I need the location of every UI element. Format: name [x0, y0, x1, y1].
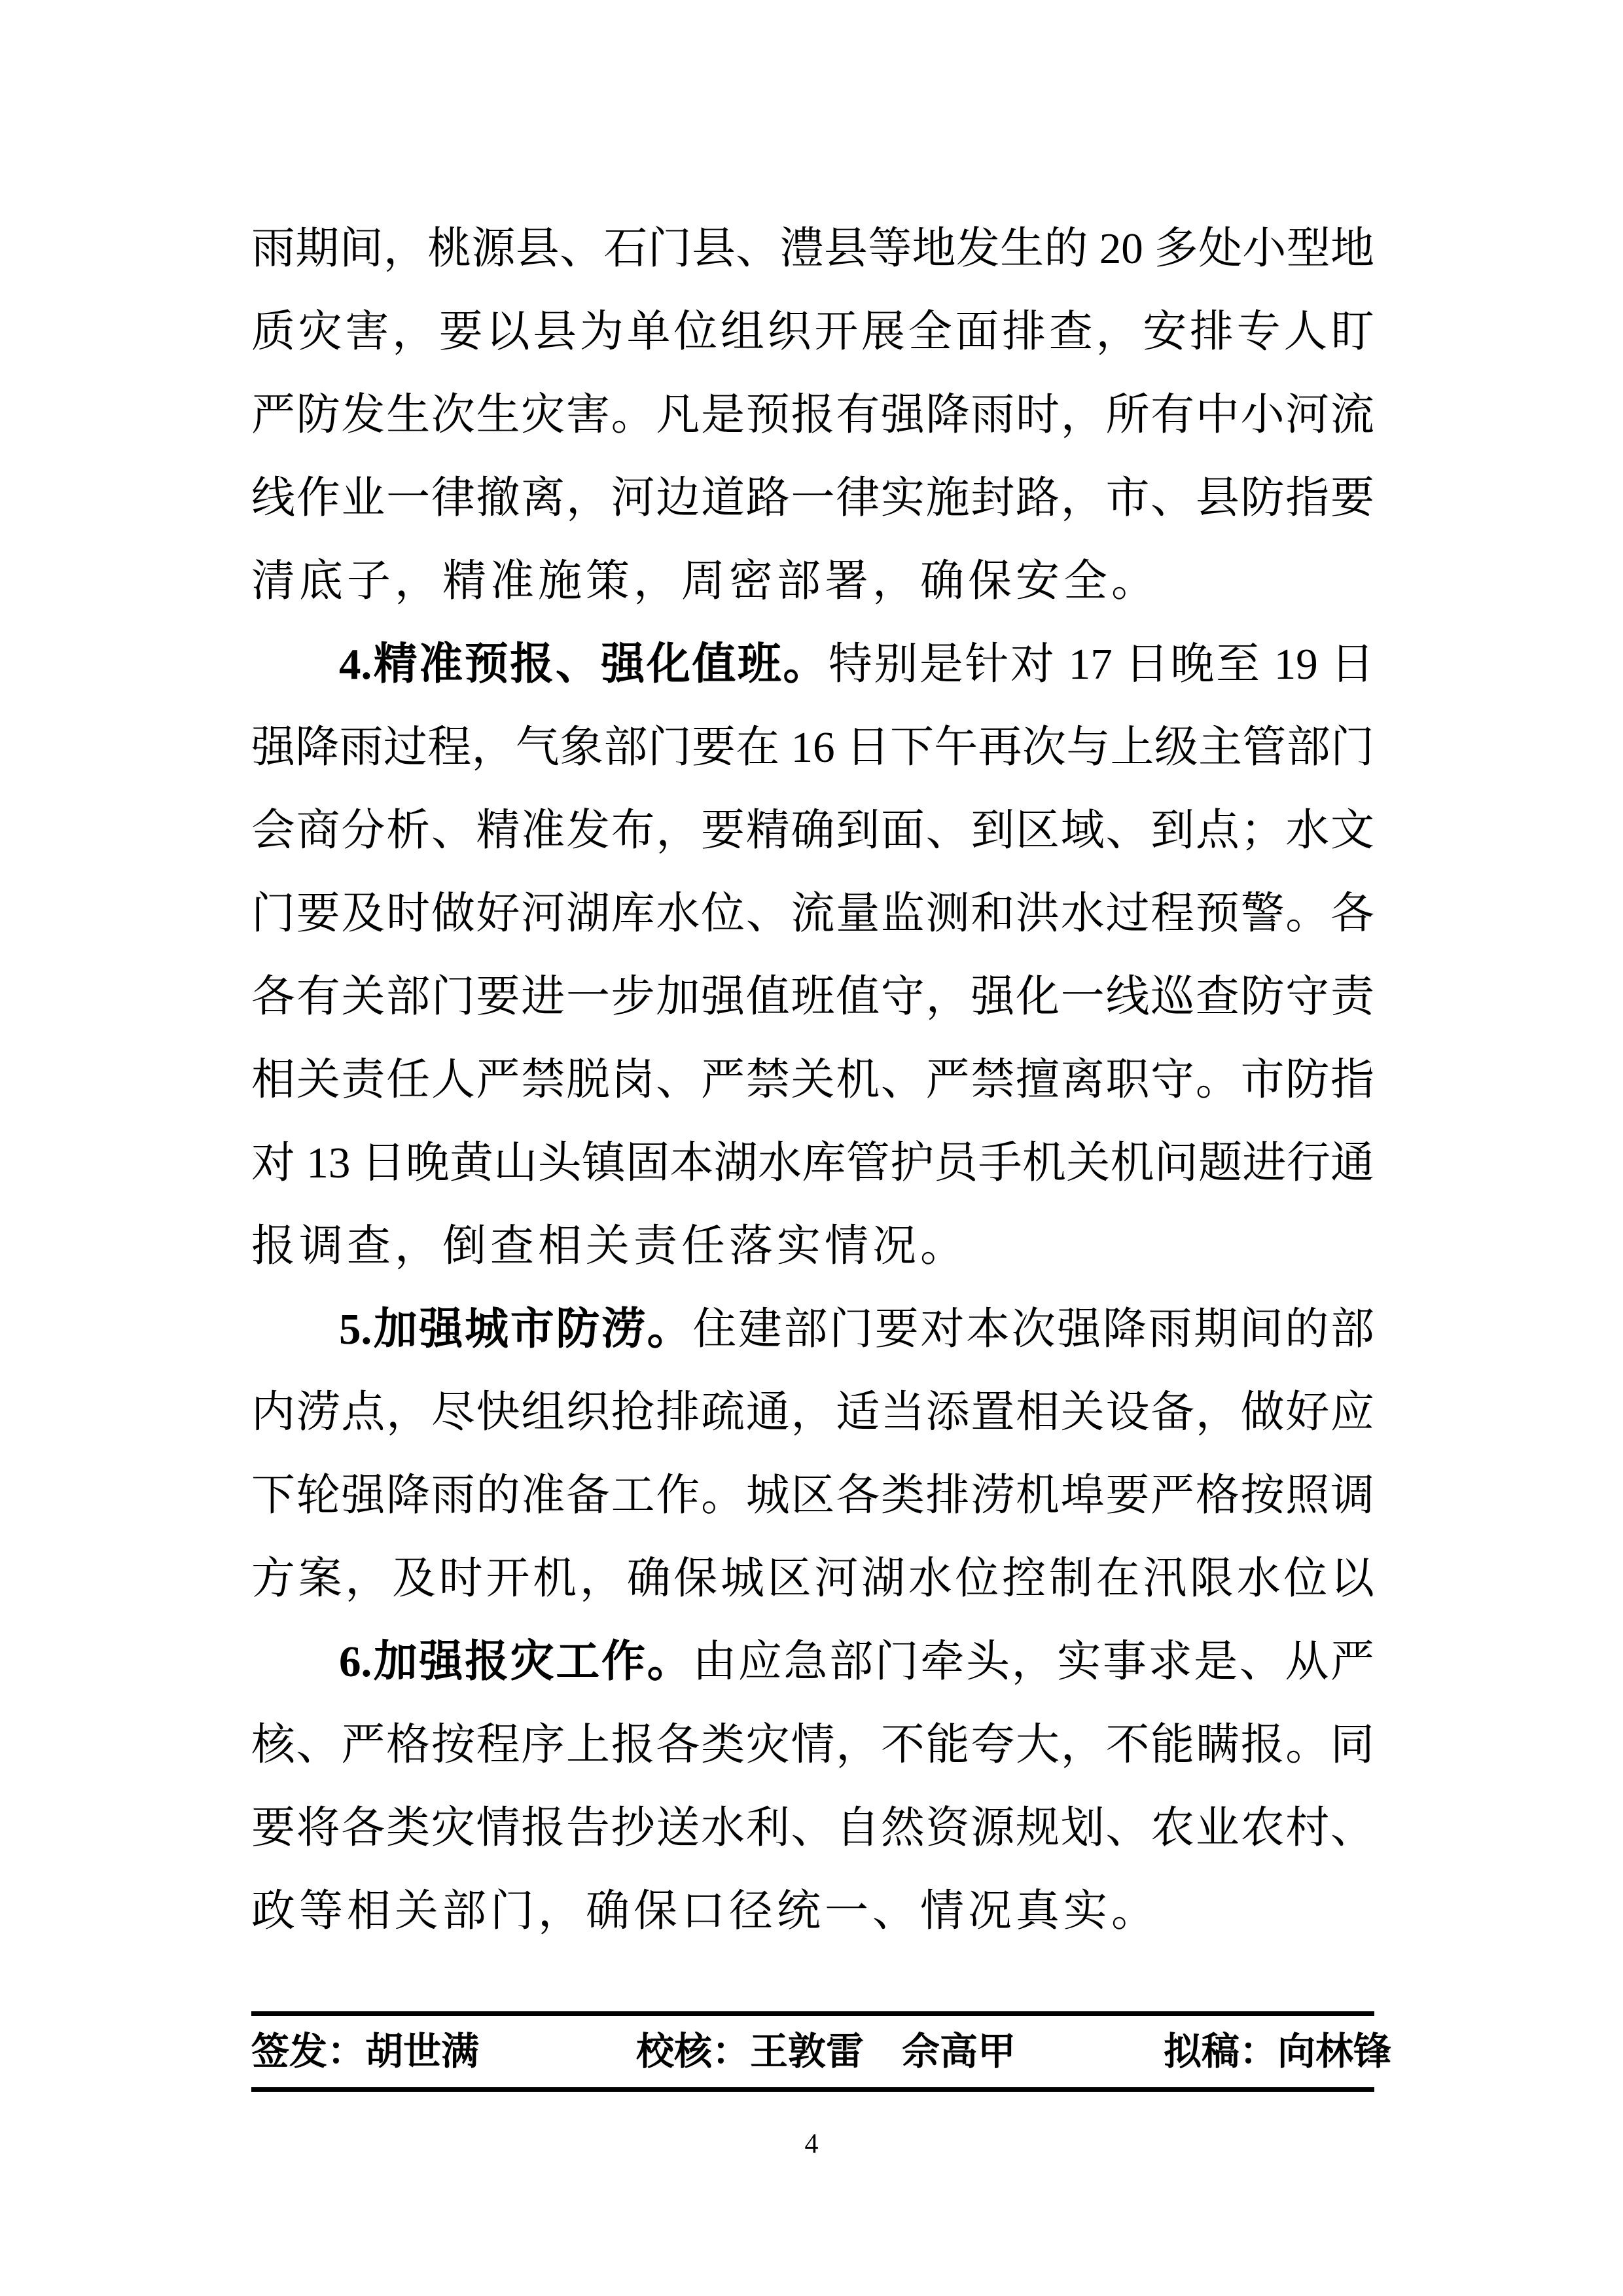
body-line: 各有关部门要进一步加强值班值守，强化一线巡查防守责任，: [251, 956, 1374, 1039]
section-heading: 5.加强城市防涝。: [339, 1305, 692, 1354]
body-line: 报调查，倒查相关责任落实情况。: [251, 1205, 1374, 1288]
footer-rule-bottom: [251, 2087, 1374, 2092]
body-line: 内涝点，尽快组织抢排疏通，适当添置相关设备，做好应对: [251, 1371, 1374, 1454]
body-line: 相关责任人严禁脱岗、严禁关机、严禁擅离职守。市防指要: [251, 1039, 1374, 1122]
body-line: 6.加强报灾工作。由应急部门牵头，实事求是、从严审: [251, 1621, 1374, 1704]
body-line: 下轮强降雨的准备工作。城区各类排涝机埠要严格按照调度: [251, 1454, 1374, 1537]
document-body: 雨期间，桃源县、石门县、澧县等地发生的 20 多处小型地质灾害，要以县为单位组织…: [251, 207, 1374, 1953]
body-line: 政等相关部门，确保口径统一、情况真实。: [251, 1870, 1374, 1953]
section-heading: 6.加强报灾工作。: [339, 1638, 692, 1686]
body-line: 会商分析、精准发布，要精确到面、到区域、到点；水文部: [251, 789, 1374, 872]
footer-checker: 校核：王敦雷 佘高甲: [636, 2019, 1016, 2085]
body-line: 5.加强城市防涝。住建部门要对本次强降雨期间的部分: [251, 1288, 1374, 1371]
body-line: 要将各类灾情报告抄送水利、自然资源规划、农业农村、民: [251, 1787, 1374, 1870]
body-line: 雨期间，桃源县、石门县、澧县等地发生的 20 多处小型地: [251, 207, 1374, 291]
body-line: 方案，及时开机，确保城区河湖水位控制在汛限水位以下。: [251, 1537, 1374, 1621]
footer-rule-top: [251, 2011, 1374, 2016]
body-line: 质灾害，要以县为单位组织开展全面排查，安排专人盯守，: [251, 291, 1374, 374]
footer-signer: 签发：胡世满: [251, 2019, 479, 2085]
body-line: 门要及时做好河湖库水位、流量监测和洪水过程预警。各级: [251, 872, 1374, 956]
body-line: 核、严格按程序上报各类灾情，不能夸大，不能瞒报。同时，: [251, 1704, 1374, 1787]
body-line: 清底子，精准施策，周密部署，确保安全。: [251, 540, 1374, 623]
body-line: 严防发生次生灾害。凡是预报有强降雨时，所有中小河流沿: [251, 374, 1374, 457]
footer-drafter: 拟稿：向林锋: [1164, 2019, 1391, 2085]
footer-signoff-row: 签发：胡世满 校核：王敦雷 佘高甲 拟稿：向林锋: [251, 2019, 1374, 2085]
body-line: 线作业一律撤离，河边道路一律实施封路，市、县防指要摸: [251, 457, 1374, 540]
body-line: 4.精准预报、强化值班。特别是针对 17 日晚至 19 日的: [251, 623, 1374, 706]
body-line: 强降雨过程，气象部门要在 16 日下午再次与上级主管部门: [251, 706, 1374, 789]
page-number: 4: [0, 2128, 1623, 2160]
body-line: 对 13 日晚黄山头镇固本湖水库管护员手机关机问题进行通: [251, 1122, 1374, 1205]
section-heading: 4.精准预报、强化值班。: [339, 640, 829, 689]
document-page: 雨期间，桃源县、石门县、澧县等地发生的 20 多处小型地质灾害，要以县为单位组织…: [0, 0, 1623, 2296]
